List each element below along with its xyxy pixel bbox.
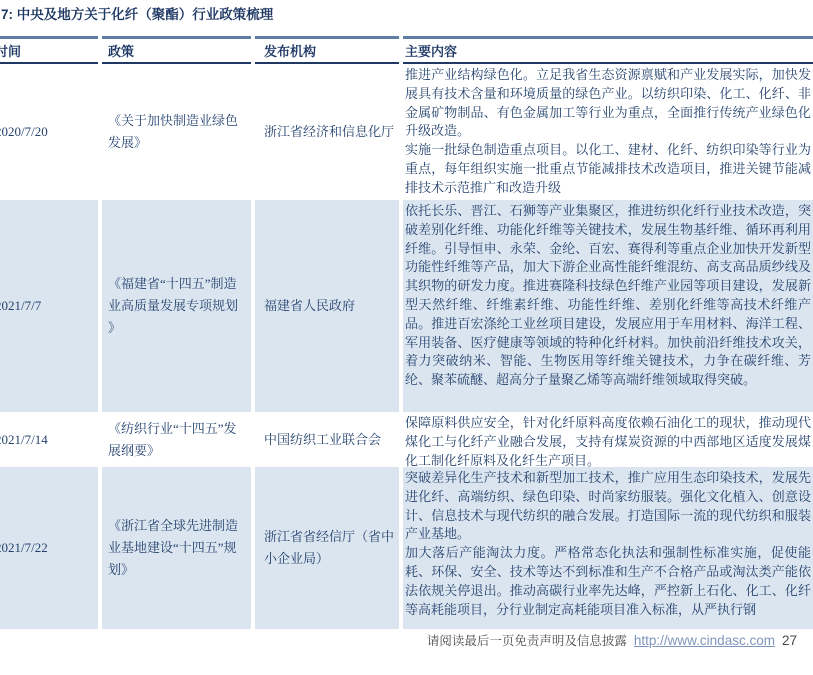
agency-name: 中国纺织工业联合会	[264, 429, 381, 451]
agency-name: 福建省人民政府	[264, 295, 355, 317]
time-cell: 2021/7/7	[0, 200, 98, 412]
content-paragraph: 推进产业结构绿色化。立足我省生态资源禀赋和产业发展实际，加快发展具有技术含量和环…	[405, 66, 811, 141]
header-policy-label: 政策	[108, 41, 134, 60]
time-value: 2021/7/22	[0, 540, 48, 556]
content-cell: 突破差异化生产技术和新型加工技术，推广应用生态印染技术，发展先进化纤、高端纺织、…	[403, 467, 813, 629]
header-time-label: 时间	[0, 41, 21, 60]
time-cell: 2020/7/20	[0, 64, 98, 200]
agency-name: 浙江省经济和信息化厅	[264, 121, 394, 143]
disclaimer-text: 请阅读最后一页免责声明及信息披露	[427, 631, 627, 649]
table-row: 2021/7/14 《纺织行业“十四五”发展纲要》 中国纺织工业联合会 保障原料…	[0, 412, 813, 467]
header-content-label: 主要内容	[405, 41, 457, 60]
time-cell: 2021/7/14	[0, 412, 98, 467]
header-content: 主要内容	[403, 36, 813, 64]
policy-title: 《福建省“十四五”制造业高质量发展专项规划 》	[108, 273, 247, 339]
content-paragraph: 实施一批绿色制造重点项目。以化工、建材、化纤、纺织印染等行业为重点，每年组织实施…	[405, 141, 811, 197]
policy-table: 时间 政策 发布机构 主要内容 2020/7/20 《关于加快制造业绿色发展》 …	[0, 36, 813, 629]
policy-cell: 《纺织行业“十四五”发展纲要》	[102, 412, 251, 467]
time-value: 2021/7/7	[0, 298, 41, 314]
content-cell: 推进产业结构绿色化。立足我省生态资源禀赋和产业发展实际，加快发展具有技术含量和环…	[403, 64, 813, 200]
policy-cell: 《福建省“十四五”制造业高质量发展专项规划 》	[102, 200, 251, 412]
header-time: 时间	[0, 36, 98, 64]
policy-title: 《关于加快制造业绿色发展》	[108, 110, 247, 154]
content-paragraph: 突破差异化生产技术和新型加工技术，推广应用生态印染技术，发展先进化纤、高端纺织、…	[405, 469, 811, 544]
table-row: 2020/7/20 《关于加快制造业绿色发展》 浙江省经济和信息化厅 推进产业结…	[0, 64, 813, 200]
content-cell: 依托长乐、晋江、石狮等产业集聚区，推进纺织化纤行业技术改造，突破差别化纤维、功能…	[403, 200, 813, 412]
policy-title: 《浙江省全球先进制造业基地建设“十四五”规划》	[108, 515, 247, 581]
table-row: 2021/7/22 《浙江省全球先进制造业基地建设“十四五”规划》 浙江省省经信…	[0, 467, 813, 629]
header-agency-label: 发布机构	[264, 41, 316, 60]
policy-cell: 《浙江省全球先进制造业基地建设“十四五”规划》	[102, 467, 251, 629]
agency-name: 浙江省省经信厅（省中小企业局）	[264, 526, 399, 570]
time-value: 2020/7/20	[0, 124, 48, 140]
page-footer: 请阅读最后一页免责声明及信息披露 http://www.cindasc.com …	[0, 631, 813, 649]
policy-title: 《纺织行业“十四五”发展纲要》	[108, 418, 247, 462]
header-agency: 发布机构	[255, 36, 399, 64]
agency-cell: 福建省人民政府	[255, 200, 399, 412]
time-cell: 2021/7/22	[0, 467, 98, 629]
content-paragraph: 依托长乐、晋江、石狮等产业集聚区，推进纺织化纤行业技术改造，突破差别化纤维、功能…	[405, 202, 811, 390]
content-cell: 保障原料供应安全，针对化纤原料高度依赖石油化工的现状，推动现代煤化工与化纤产业融…	[403, 412, 813, 467]
table-row: 2021/7/7 《福建省“十四五”制造业高质量发展专项规划 》 福建省人民政府…	[0, 200, 813, 412]
content-paragraph: 保障原料供应安全，针对化纤原料高度依赖石油化工的现状，推动现代煤化工与化纤产业融…	[405, 414, 811, 470]
company-url-link[interactable]: http://www.cindasc.com	[634, 633, 775, 648]
table-header-row: 时间 政策 发布机构 主要内容	[0, 36, 813, 64]
header-policy: 政策	[102, 36, 251, 64]
agency-cell: 中国纺织工业联合会	[255, 412, 399, 467]
figure-title: 7: 中央及地方关于化纤（聚酯）行业政策梳理	[0, 7, 813, 22]
time-value: 2021/7/14	[0, 432, 48, 448]
agency-cell: 浙江省省经信厅（省中小企业局）	[255, 467, 399, 629]
page-number: 27	[782, 633, 797, 648]
content-paragraph: 加大落后产能淘汰力度。严格常态化执法和强制性标准实施，促使能耗、环保、安全、技术…	[405, 544, 811, 619]
agency-cell: 浙江省经济和信息化厅	[255, 64, 399, 200]
policy-cell: 《关于加快制造业绿色发展》	[102, 64, 251, 200]
